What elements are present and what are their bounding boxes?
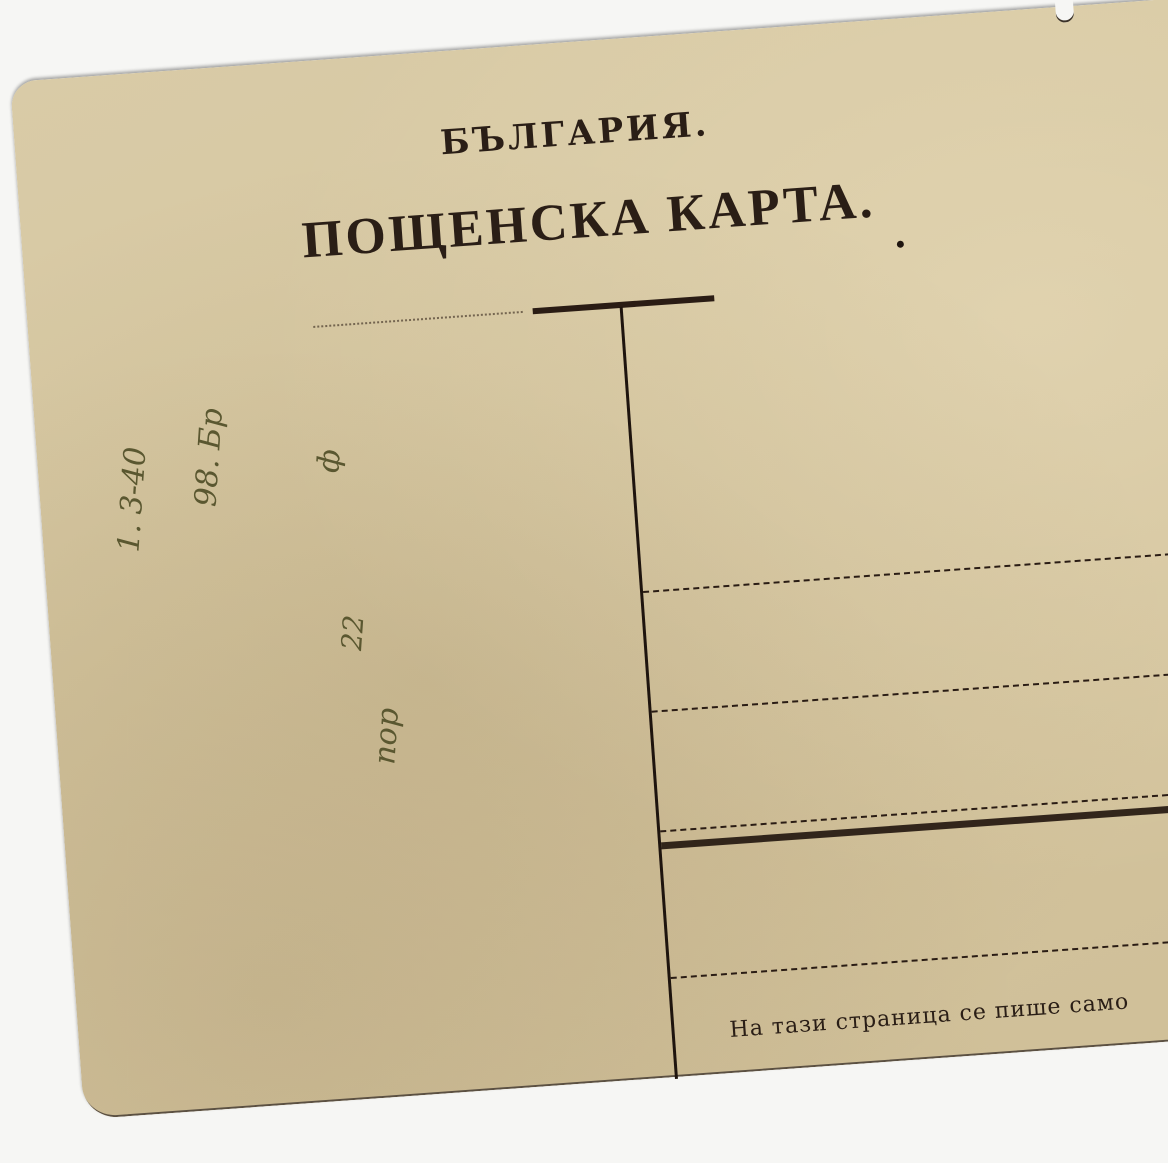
address-separator-thick (661, 795, 1168, 849)
postcard: БЪЛГАРИЯ. ПОЩЕНСКА КАРТА. На тази страни… (10, 0, 1168, 1119)
divider-dotted (313, 311, 523, 328)
address-line-1 (643, 544, 1168, 593)
handwriting-number: 98. Бр (188, 407, 230, 508)
card-notch (1055, 0, 1075, 23)
handwriting-symbol: ф (311, 448, 348, 474)
ink-dot (897, 241, 904, 248)
address-line-4 (671, 930, 1168, 979)
handwriting-22: 22 (335, 614, 370, 652)
divider-bar (533, 295, 715, 314)
postcard-title: ПОЩЕНСКА КАРТА. (300, 171, 877, 271)
handwriting-date: 1. 3-40 (111, 446, 153, 554)
address-line-2 (652, 664, 1168, 713)
footer-note: На тази страница се пише само (729, 989, 1130, 1043)
country-heading: БЪЛГАРИЯ. (439, 104, 710, 163)
handwriting-word: пор (367, 707, 406, 766)
vertical-divider (620, 307, 678, 1079)
